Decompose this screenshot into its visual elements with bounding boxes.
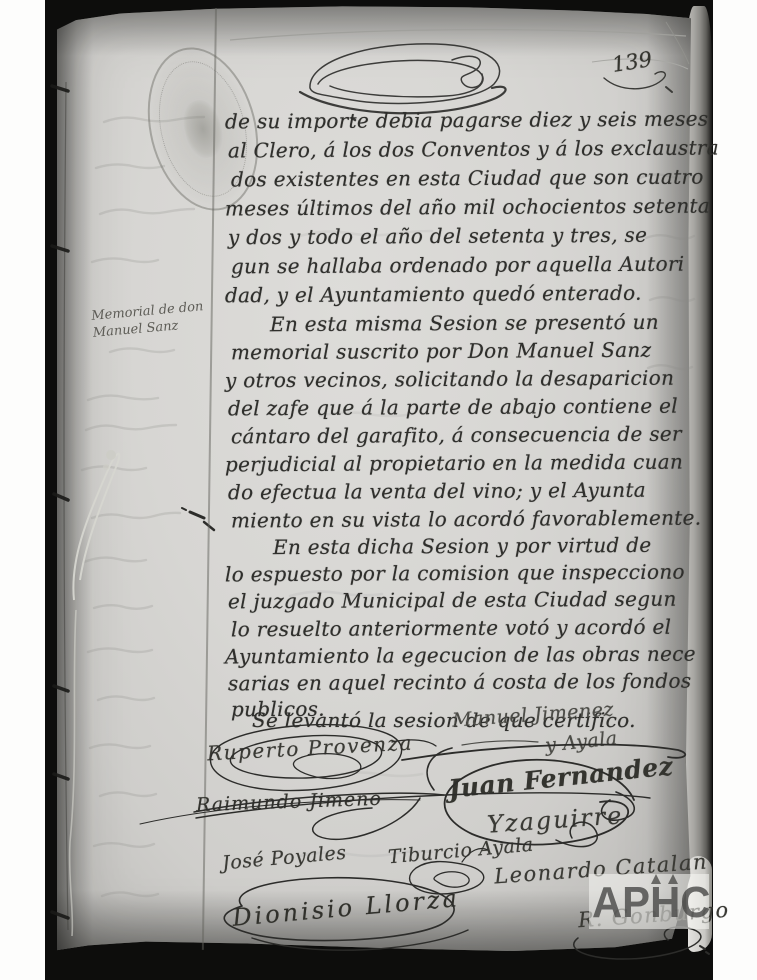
- manuscript-line: gun se hallaba ordenado por aquella Auto…: [231, 252, 685, 279]
- manuscript-line: En esta misma Sesion se presentó un: [270, 310, 659, 336]
- manuscript-line: sarias en aquel recinto á costa de los f…: [228, 669, 692, 696]
- manuscript-line: Ayuntamiento la egecucion de las obras n…: [225, 641, 696, 668]
- manuscript-line: meses últimos del año mil ochocientos se…: [225, 194, 710, 221]
- manuscript-line: al Clero, á los dos Conventos y á los ex…: [228, 136, 719, 163]
- manuscript-line: miento en su vista lo acordó favorableme…: [231, 506, 702, 533]
- gutter-shadow: [57, 4, 93, 952]
- aphc-watermark: APHC: [589, 874, 709, 929]
- manuscript-line: En esta dicha Sesion y por virtud de: [273, 533, 652, 559]
- manuscript-line: cántaro del garafito, á consecuencia de …: [231, 422, 682, 449]
- manuscript-line: el juzgado Municipal de esta Ciudad segu…: [228, 587, 677, 614]
- manuscript-line: dos existentes en esta Ciudad que son cu…: [231, 165, 704, 192]
- manuscript-line: del zafe que á la parte de abajo contien…: [228, 394, 678, 421]
- manuscript-line: y otros vecinos, solicitando la desapari…: [225, 366, 674, 393]
- scanned-manuscript-page: 139 Memorial de don Manuel Sanz de su im…: [0, 0, 757, 980]
- aphc-watermark-text: APHC: [592, 874, 706, 929]
- manuscript-line: de su importe debia pagarse diez y seis …: [225, 107, 709, 134]
- manuscript-line: do efectua la venta del vino; y el Ayunt…: [228, 478, 646, 505]
- manuscript-line: lo espuesto por la comision que inspecci…: [225, 560, 685, 587]
- manuscript-line: dad, y el Ayuntamiento quedó enterado.: [225, 281, 642, 308]
- manuscript-line: perjudicial al propietario en la medida …: [225, 450, 683, 477]
- manuscript-line: lo resuelto anteriormente votó y acordó …: [231, 614, 671, 641]
- manuscript-line: memorial suscrito por Don Manuel Sanz: [231, 338, 652, 365]
- manuscript-line: y dos y todo el año del setenta y tres, …: [228, 223, 647, 250]
